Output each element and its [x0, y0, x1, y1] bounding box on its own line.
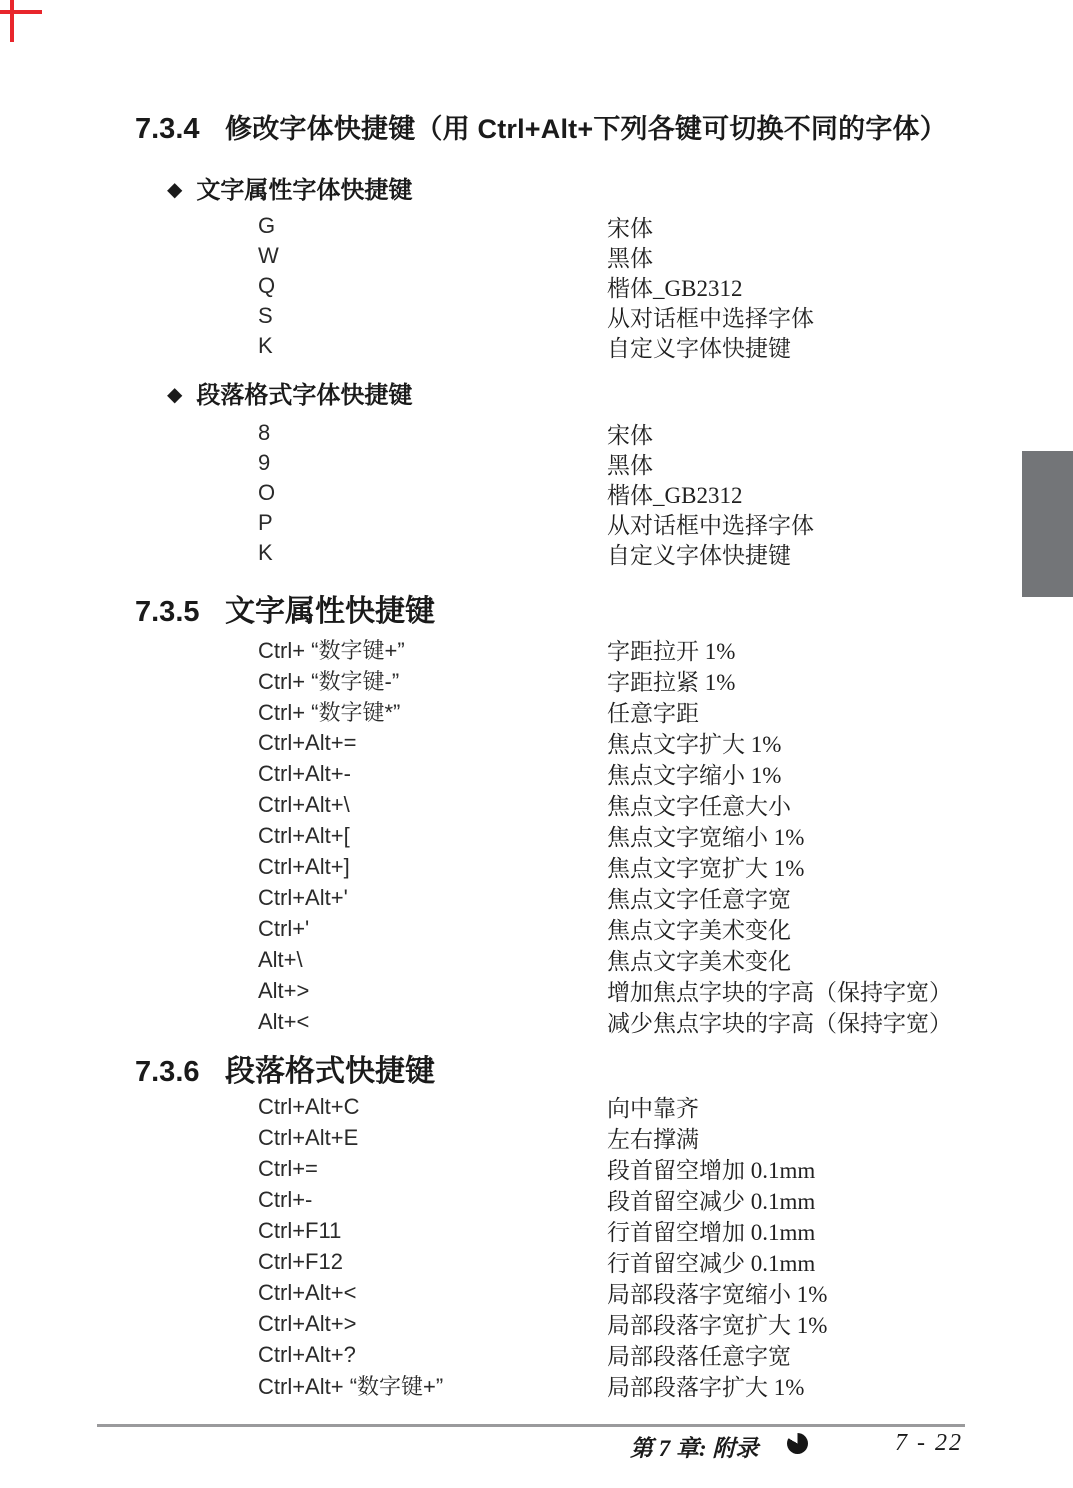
- shortcut-description: 黑体: [607, 447, 653, 480]
- crop-mark-horizontal: [0, 10, 42, 14]
- shortcut-description: 从对话框中选择字体: [607, 507, 814, 540]
- shortcut-description: 楷体_GB2312: [607, 477, 742, 510]
- shortcut-key: Ctrl+Alt+ “数字键+”: [258, 1370, 607, 1401]
- footer-rule: [97, 1424, 965, 1427]
- shortcut-key: Ctrl+Alt+?: [258, 1342, 607, 1368]
- section-number: 7.3.6: [135, 1054, 225, 1090]
- shortcut-key: Ctrl+F11: [258, 1218, 607, 1244]
- shortcut-row: Ctrl+Alt+]焦点文字宽扩大 1%: [258, 851, 952, 882]
- shortcut-row: P从对话框中选择字体: [258, 508, 814, 538]
- shortcut-key: Alt+>: [258, 978, 607, 1004]
- section-title: 段落格式快捷键: [225, 1054, 435, 1090]
- shortcut-key: Ctrl+Alt+': [258, 885, 607, 911]
- shortcut-description: 楷体_GB2312: [607, 270, 742, 303]
- shortcut-key: W: [258, 243, 607, 269]
- section-title: 修改字体快捷键（用 Ctrl+Alt+下列各键可切换不同的字体）: [225, 111, 947, 147]
- shortcut-description: 从对话框中选择字体: [607, 300, 814, 333]
- shortcut-key: Ctrl+Alt+>: [258, 1311, 607, 1337]
- shortcut-row: Ctrl+Alt+=焦点文字扩大 1%: [258, 727, 952, 758]
- shortcut-description: 增加焦点字块的字高（保持字宽）: [607, 974, 952, 1007]
- shortcut-description: 宋体: [607, 210, 653, 243]
- shortcut-row: W黑体: [258, 241, 814, 271]
- shortcut-key: Ctrl+=: [258, 1156, 607, 1182]
- shortcut-description: 黑体: [607, 240, 653, 273]
- shortcut-description: 自定义字体快捷键: [607, 537, 791, 570]
- section-title: 文字属性快捷键: [225, 594, 435, 630]
- shortcut-row: Ctrl+Alt+?局部段落任意字宽: [258, 1339, 827, 1370]
- shortcut-key: Ctrl+Alt+]: [258, 854, 607, 880]
- shortcut-description: 段首留空增加 0.1mm: [607, 1152, 815, 1185]
- shortcut-row: Q楷体_GB2312: [258, 271, 814, 301]
- shortcut-row: Ctrl+-段首留空减少 0.1mm: [258, 1184, 827, 1215]
- shortcut-key: Alt+<: [258, 1009, 607, 1035]
- shortcut-row: Ctrl+=段首留空增加 0.1mm: [258, 1153, 827, 1184]
- shortcut-description: 焦点文字扩大 1%: [607, 726, 781, 759]
- shortcut-description: 字距拉紧 1%: [607, 664, 735, 697]
- shortcut-row: Ctrl+ “数字键*”任意字距: [258, 696, 952, 727]
- shortcut-key: P: [258, 510, 607, 536]
- shortcut-row: Alt+<减少焦点字块的字高（保持字宽）: [258, 1006, 952, 1037]
- shortcut-description: 任意字距: [607, 695, 699, 728]
- pie-circle-icon: [787, 1433, 808, 1454]
- shortcut-row: K自定义字体快捷键: [258, 538, 814, 568]
- shortcut-key: 9: [258, 450, 607, 476]
- section-heading-7-3-6: 7.3.6 段落格式快捷键: [135, 1054, 435, 1090]
- shortcut-row: Ctrl+Alt+'焦点文字任意字宽: [258, 882, 952, 913]
- shortcut-description: 宋体: [607, 417, 653, 450]
- shortcut-key: Ctrl+Alt+[: [258, 823, 607, 849]
- shortcut-key: O: [258, 480, 607, 506]
- shortcut-description: 焦点文字美术变化: [607, 943, 791, 976]
- shortcut-description: 左右撑满: [607, 1121, 699, 1154]
- section-heading-7-3-5: 7.3.5 文字属性快捷键: [135, 594, 435, 630]
- shortcut-row: S从对话框中选择字体: [258, 301, 814, 331]
- shortcut-key: Ctrl+-: [258, 1187, 607, 1213]
- shortcut-description: 局部段落字宽缩小 1%: [607, 1276, 827, 1309]
- shortcut-list-paragraph-fonts: 8宋体9黑体O楷体_GB2312P从对话框中选择字体K自定义字体快捷键: [258, 418, 814, 568]
- shortcut-row: Ctrl+'焦点文字美术变化: [258, 913, 952, 944]
- shortcut-list-text-attributes: Ctrl+ “数字键+”字距拉开 1%Ctrl+ “数字键-”字距拉紧 1%Ct…: [258, 634, 952, 1037]
- shortcut-key: Ctrl+ “数字键*”: [258, 696, 607, 727]
- shortcut-row: Ctrl+ “数字键-”字距拉紧 1%: [258, 665, 952, 696]
- shortcut-description: 段首留空减少 0.1mm: [607, 1183, 815, 1216]
- shortcut-row: Ctrl+Alt+>局部段落字宽扩大 1%: [258, 1308, 827, 1339]
- shortcut-description: 行首留空增加 0.1mm: [607, 1214, 815, 1247]
- shortcut-key: Ctrl+Alt+C: [258, 1094, 607, 1120]
- shortcut-description: 局部段落字宽扩大 1%: [607, 1307, 827, 1340]
- shortcut-row: Alt+>增加焦点字块的字高（保持字宽）: [258, 975, 952, 1006]
- shortcut-key: Ctrl+Alt+\: [258, 792, 607, 818]
- shortcut-description: 减少焦点字块的字高（保持字宽）: [607, 1005, 952, 1038]
- shortcut-key: Ctrl+Alt+=: [258, 730, 607, 756]
- shortcut-description: 焦点文字任意大小: [607, 788, 791, 821]
- shortcut-row: K自定义字体快捷键: [258, 331, 814, 361]
- section-heading-7-3-4: 7.3.4 修改字体快捷键（用 Ctrl+Alt+下列各键可切换不同的字体）: [135, 111, 947, 147]
- shortcut-description: 局部段落字扩大 1%: [607, 1369, 804, 1402]
- section-number: 7.3.4: [135, 111, 225, 147]
- crop-mark-vertical: [10, 0, 14, 42]
- shortcut-row: Ctrl+Alt+E左右撑满: [258, 1122, 827, 1153]
- shortcut-row: Ctrl+F11行首留空增加 0.1mm: [258, 1215, 827, 1246]
- subsection-title: 段落格式字体快捷键: [196, 375, 412, 410]
- shortcut-key: Ctrl+Alt+E: [258, 1125, 607, 1151]
- shortcut-key: Ctrl+': [258, 916, 607, 942]
- shortcut-key: Ctrl+Alt+-: [258, 761, 607, 787]
- shortcut-description: 焦点文字任意字宽: [607, 881, 791, 914]
- subsection-heading-text-attr-fonts: ◆ 文字属性字体快捷键: [167, 170, 412, 205]
- shortcut-row: Ctrl+Alt+[焦点文字宽缩小 1%: [258, 820, 952, 851]
- shortcut-row: 8宋体: [258, 418, 814, 448]
- shortcut-row: Ctrl+Alt+C向中靠齐: [258, 1091, 827, 1122]
- shortcut-description: 自定义字体快捷键: [607, 330, 791, 363]
- shortcut-row: Ctrl+Alt+-焦点文字缩小 1%: [258, 758, 952, 789]
- shortcut-list-text-attr-fonts: G宋体W黑体Q楷体_GB2312S从对话框中选择字体K自定义字体快捷键: [258, 211, 814, 361]
- shortcut-row: O楷体_GB2312: [258, 478, 814, 508]
- diamond-bullet-icon: ◆: [167, 384, 182, 404]
- shortcut-description: 向中靠齐: [607, 1090, 699, 1123]
- shortcut-description: 焦点文字宽扩大 1%: [607, 850, 804, 883]
- shortcut-description: 字距拉开 1%: [607, 633, 735, 666]
- footer-page-number: 7 - 22: [895, 1430, 963, 1457]
- subsection-title: 文字属性字体快捷键: [196, 170, 412, 205]
- shortcut-key: K: [258, 540, 607, 566]
- shortcut-key: K: [258, 333, 607, 359]
- shortcut-description: 行首留空减少 0.1mm: [607, 1245, 815, 1278]
- shortcut-row: G宋体: [258, 211, 814, 241]
- shortcut-row: Alt+\焦点文字美术变化: [258, 944, 952, 975]
- shortcut-key: G: [258, 213, 607, 239]
- shortcut-key: Q: [258, 273, 607, 299]
- section-number: 7.3.5: [135, 594, 225, 630]
- manual-page: 7.3.4 修改字体快捷键（用 Ctrl+Alt+下列各键可切换不同的字体） ◆…: [0, 0, 1073, 1488]
- shortcut-description: 局部段落任意字宽: [607, 1338, 791, 1371]
- shortcut-list-paragraph-format: Ctrl+Alt+C向中靠齐Ctrl+Alt+E左右撑满Ctrl+=段首留空增加…: [258, 1091, 827, 1401]
- shortcut-row: Ctrl+Alt+ “数字键+”局部段落字扩大 1%: [258, 1370, 827, 1401]
- subsection-heading-paragraph-fonts: ◆ 段落格式字体快捷键: [167, 375, 412, 410]
- shortcut-key: Ctrl+ “数字键+”: [258, 634, 607, 665]
- shortcut-description: 焦点文字缩小 1%: [607, 757, 781, 790]
- shortcut-row: Ctrl+Alt+<局部段落字宽缩小 1%: [258, 1277, 827, 1308]
- shortcut-description: 焦点文字宽缩小 1%: [607, 819, 804, 852]
- shortcut-key: Ctrl+F12: [258, 1249, 607, 1275]
- chapter-side-tab: [1022, 451, 1073, 597]
- shortcut-row: 9黑体: [258, 448, 814, 478]
- shortcut-key: Ctrl+ “数字键-”: [258, 665, 607, 696]
- diamond-bullet-icon: ◆: [167, 179, 182, 199]
- shortcut-description: 焦点文字美术变化: [607, 912, 791, 945]
- shortcut-row: Ctrl+F12行首留空减少 0.1mm: [258, 1246, 827, 1277]
- shortcut-row: Ctrl+Alt+\焦点文字任意大小: [258, 789, 952, 820]
- shortcut-key: 8: [258, 420, 607, 446]
- shortcut-row: Ctrl+ “数字键+”字距拉开 1%: [258, 634, 952, 665]
- footer-chapter-label: 第 7 章: 附录: [630, 1430, 758, 1463]
- shortcut-key: Alt+\: [258, 947, 607, 973]
- shortcut-key: Ctrl+Alt+<: [258, 1280, 607, 1306]
- shortcut-key: S: [258, 303, 607, 329]
